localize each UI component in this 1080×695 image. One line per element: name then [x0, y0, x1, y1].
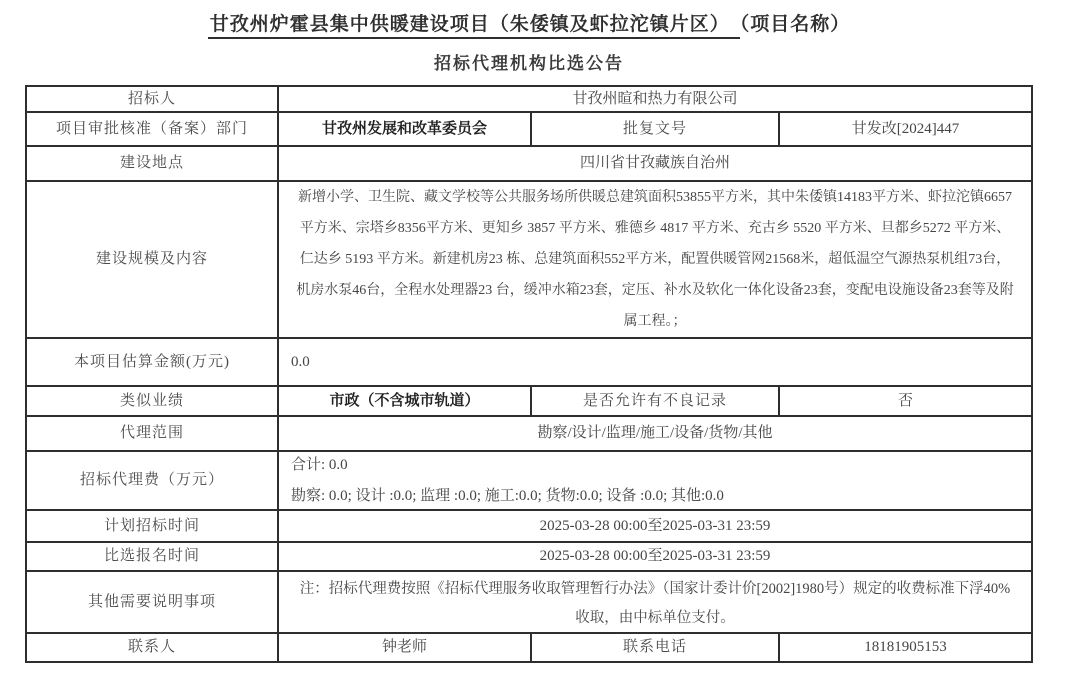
notes-label: 其他需要说明事项	[27, 572, 277, 632]
scale-label: 建设规模及内容	[27, 182, 277, 337]
row-tender-time: 计划招标时间 2025-03-28 00:00至2025-03-31 23:59	[27, 509, 1031, 541]
row-agency-fee: 招标代理费（万元） 合计: 0.0 勘察: 0.0; 设计 :0.0; 监理 :…	[27, 450, 1031, 509]
row-estimate: 本项目估算金额(万元) 0.0	[27, 337, 1031, 385]
signup-time-label: 比选报名时间	[27, 543, 277, 570]
document-title: 甘孜州炉霍县集中供暖建设项目（朱倭镇及虾拉沱镇片区）（项目名称）	[25, 12, 1033, 38]
scale-value-cell: 新增小学、卫生院、藏文学校等公共服务场所供暖总建筑面积53855平方米，其中朱倭…	[277, 182, 1031, 337]
estimate-label: 本项目估算金额(万元)	[27, 339, 277, 385]
row-scope: 代理范围 勘察/设计/监理/施工/设备/货物/其他	[27, 415, 1031, 450]
contact-label: 联系人	[27, 634, 277, 661]
performance-value: 市政（不含城市轨道）	[277, 387, 530, 415]
project-name-suffix: （项目名称）	[740, 14, 851, 35]
row-contact: 联系人 钟老师 联系电话 18181905153	[27, 632, 1031, 661]
tender-time-label: 计划招标时间	[27, 511, 277, 541]
announcement-document: 甘孜州炉霍县集中供暖建设项目（朱倭镇及虾拉沱镇片区）（项目名称） 招标代理机构比…	[0, 0, 1080, 695]
bad-record-label: 是否允许有不良记录	[530, 387, 778, 415]
agency-fee-total: 合计: 0.0	[291, 454, 348, 477]
location-label: 建设地点	[27, 147, 277, 180]
scope-label: 代理范围	[27, 417, 277, 450]
announcement-table: 招标人 甘孜州暄和热力有限公司 项目审批核准（备案）部门 甘孜州发展和改革委员会…	[25, 85, 1033, 663]
bad-record-value: 否	[778, 387, 1031, 415]
approval-label: 项目审批核准（备案）部门	[27, 113, 277, 145]
bidder-value: 甘孜州暄和热力有限公司	[277, 87, 1031, 111]
tender-time-value: 2025-03-28 00:00至2025-03-31 23:59	[277, 511, 1031, 541]
agency-fee-value-cell: 合计: 0.0 勘察: 0.0; 设计 :0.0; 监理 :0.0; 施工:0.…	[277, 452, 1031, 509]
bidder-label: 招标人	[27, 87, 277, 111]
notes-value-cell: 注：招标代理费按照《招标代理服务收取管理暂行办法》（国家计委计价[2002]19…	[277, 572, 1031, 632]
document-subtitle: 招标代理机构比选公告	[25, 49, 1033, 74]
project-name-underlined: 甘孜州炉霍县集中供暖建设项目（朱倭镇及虾拉沱镇片区）	[208, 14, 740, 39]
approval-doc-number: 甘发改[2024]447	[778, 113, 1031, 145]
row-performance: 类似业绩 市政（不含城市轨道） 是否允许有不良记录 否	[27, 385, 1031, 415]
row-notes: 其他需要说明事项 注：招标代理费按照《招标代理服务收取管理暂行办法》（国家计委计…	[27, 570, 1031, 632]
document-header: 甘孜州炉霍县集中供暖建设项目（朱倭镇及虾拉沱镇片区）（项目名称） 招标代理机构比…	[25, 12, 1033, 74]
approval-dept: 甘孜州发展和改革委员会	[277, 113, 530, 145]
notes-value: 注：招标代理费按照《招标代理服务收取管理暂行办法》（国家计委计价[2002]19…	[287, 572, 1023, 632]
agency-fee-label: 招标代理费（万元）	[27, 452, 277, 509]
contact-phone-label: 联系电话	[530, 634, 778, 661]
row-signup-time: 比选报名时间 2025-03-28 00:00至2025-03-31 23:59	[27, 541, 1031, 570]
contact-phone-value: 18181905153	[778, 634, 1031, 661]
row-bidder: 招标人 甘孜州暄和热力有限公司	[27, 87, 1031, 111]
row-location: 建设地点 四川省甘孜藏族自治州	[27, 145, 1031, 180]
approval-doc-label: 批复文号	[530, 113, 778, 145]
row-approval: 项目审批核准（备案）部门 甘孜州发展和改革委员会 批复文号 甘发改[2024]4…	[27, 111, 1031, 145]
scope-value: 勘察/设计/监理/施工/设备/货物/其他	[277, 417, 1031, 450]
signup-time-value: 2025-03-28 00:00至2025-03-31 23:59	[277, 543, 1031, 570]
agency-fee-breakdown: 勘察: 0.0; 设计 :0.0; 监理 :0.0; 施工:0.0; 货物:0.…	[291, 485, 724, 508]
location-value: 四川省甘孜藏族自治州	[277, 147, 1031, 180]
row-scale: 建设规模及内容 新增小学、卫生院、藏文学校等公共服务场所供暖总建筑面积53855…	[27, 180, 1031, 337]
performance-label: 类似业绩	[27, 387, 277, 415]
scale-value: 新增小学、卫生院、藏文学校等公共服务场所供暖总建筑面积53855平方米，其中朱倭…	[287, 182, 1023, 337]
contact-name: 钟老师	[277, 634, 530, 661]
estimate-value: 0.0	[277, 339, 1031, 385]
